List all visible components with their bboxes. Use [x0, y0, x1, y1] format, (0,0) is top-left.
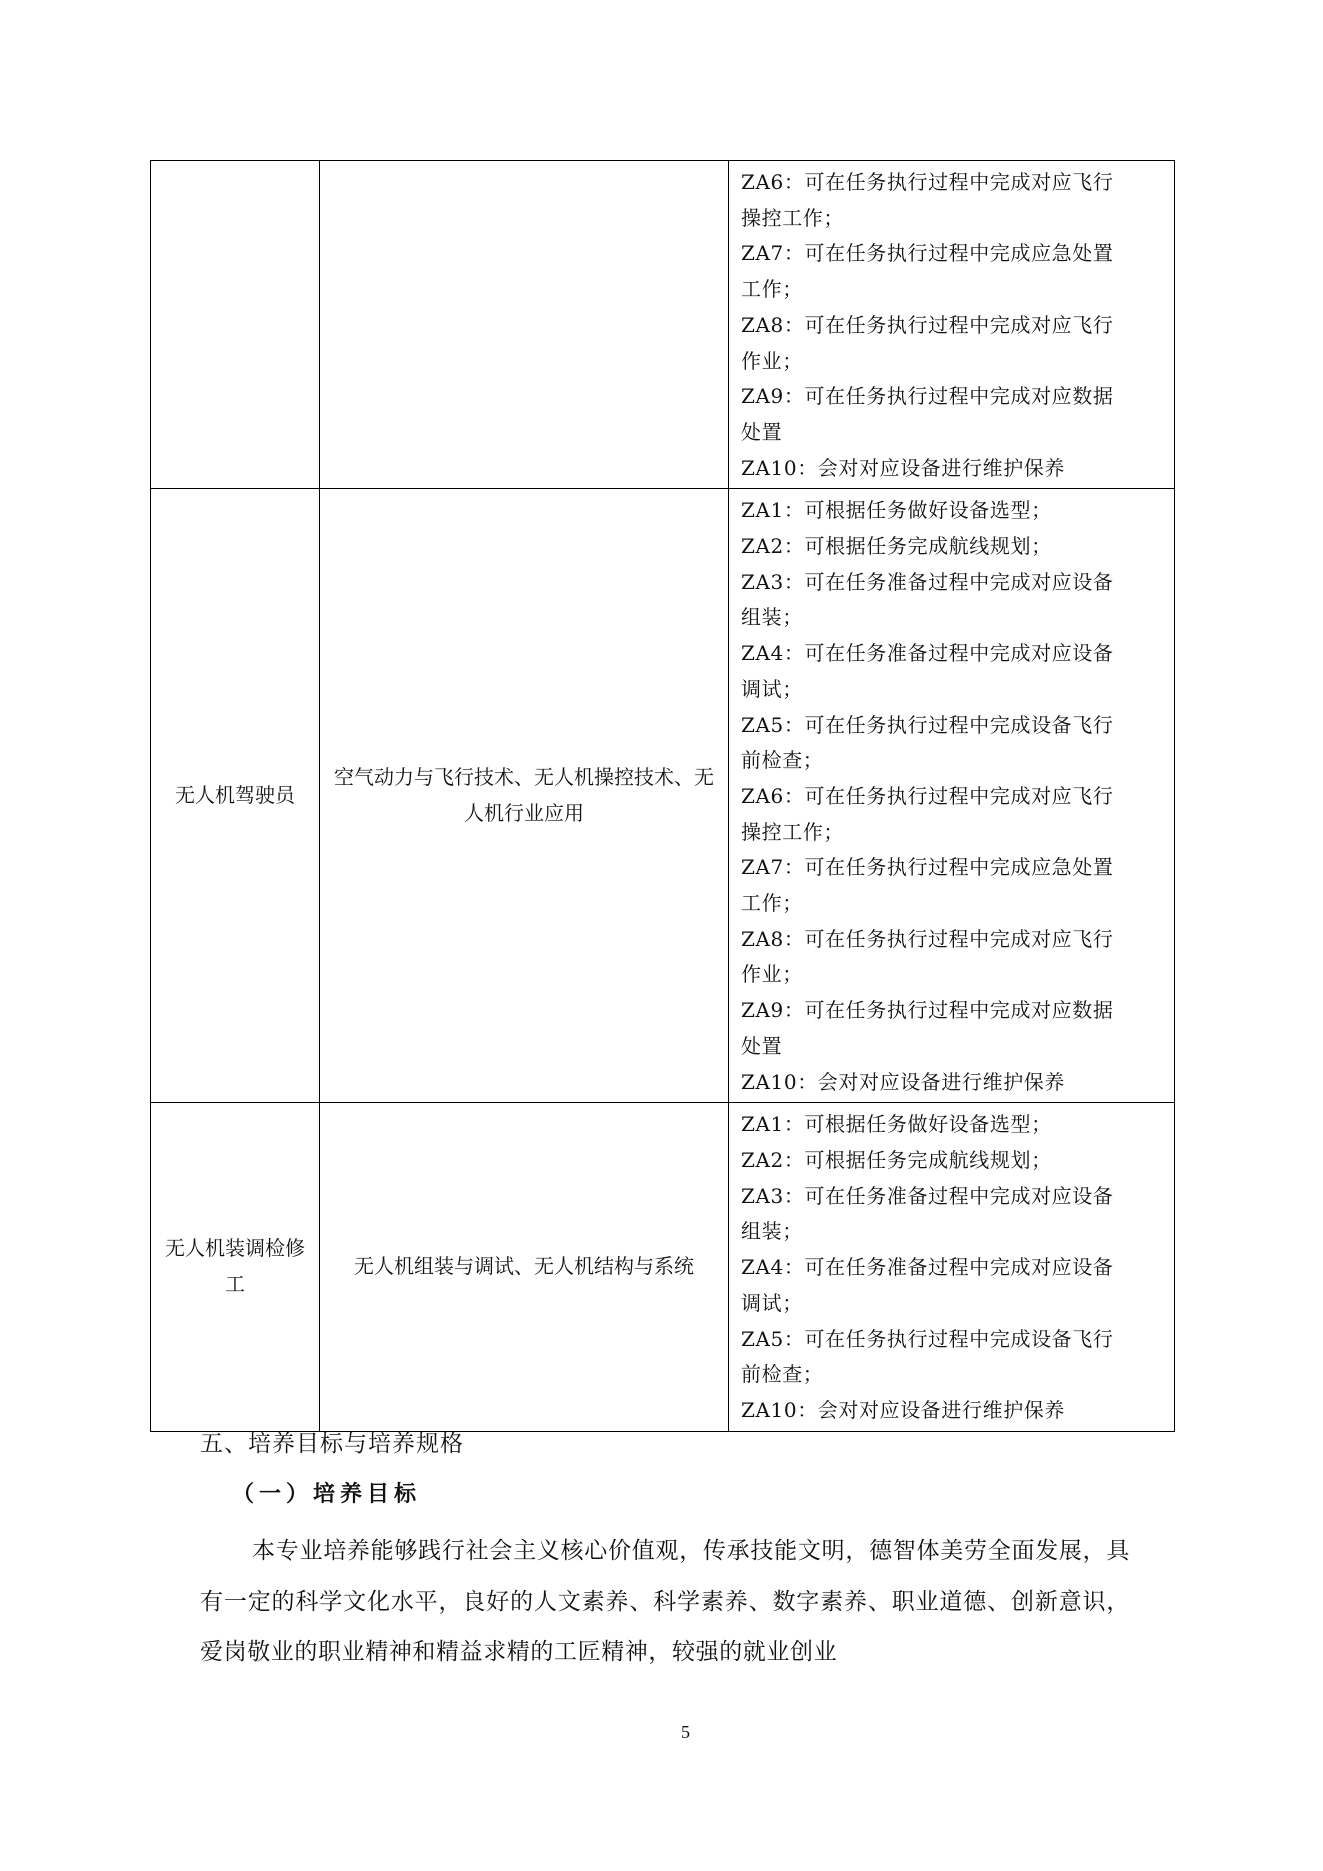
- skill-line: ZA6：可在任务执行过程中完成对应飞行: [741, 779, 1164, 815]
- skill-line: 组装；: [741, 1214, 1164, 1250]
- skill-line: ZA3：可在任务准备过程中完成对应设备: [741, 1179, 1164, 1215]
- skill-line: 前检查；: [741, 743, 1164, 779]
- skill-line: ZA4：可在任务准备过程中完成对应设备: [741, 1250, 1164, 1286]
- skill-line: ZA7：可在任务执行过程中完成应急处置: [741, 236, 1164, 272]
- course-cell: [320, 161, 729, 489]
- skill-cell: ZA6：可在任务执行过程中完成对应飞行 操控工作； ZA7：可在任务执行过程中完…: [729, 161, 1175, 489]
- skill-line: ZA10：会对对应设备进行维护保养: [741, 451, 1164, 487]
- skill-line: 工作；: [741, 886, 1164, 922]
- skill-line: 作业；: [741, 344, 1164, 380]
- skill-line: 作业；: [741, 957, 1164, 993]
- page-number: 5: [0, 1722, 1323, 1743]
- skill-cell: ZA1：可根据任务做好设备选型； ZA2：可根据任务完成航线规划； ZA3：可在…: [729, 489, 1175, 1103]
- skill-line: ZA4：可在任务准备过程中完成对应设备: [741, 636, 1164, 672]
- body-paragraph: 本专业培养能够践行社会主义核心价值观，传承技能文明，德智体美劳全面发展，具有一定…: [200, 1526, 1130, 1678]
- skill-line: ZA8：可在任务执行过程中完成对应飞行: [741, 308, 1164, 344]
- table-row: 无人机驾驶员 空气动力与飞行技术、无人机操控技术、无人机行业应用 ZA1：可根据…: [151, 489, 1175, 1103]
- course-cell: 空气动力与飞行技术、无人机操控技术、无人机行业应用: [320, 489, 729, 1103]
- skill-line: 工作；: [741, 272, 1164, 308]
- job-title: 无人机驾驶员: [151, 778, 319, 814]
- skill-line: 组装；: [741, 600, 1164, 636]
- skill-line: 处置: [741, 415, 1164, 451]
- skill-line: 调试；: [741, 1286, 1164, 1322]
- occupation-skills-table: ZA6：可在任务执行过程中完成对应飞行 操控工作； ZA7：可在任务执行过程中完…: [150, 160, 1175, 1432]
- skill-line: ZA6：可在任务执行过程中完成对应飞行: [741, 165, 1164, 201]
- skill-line: ZA1：可根据任务做好设备选型；: [741, 493, 1164, 529]
- job-cell: [151, 161, 320, 489]
- skill-line: ZA8：可在任务执行过程中完成对应飞行: [741, 922, 1164, 958]
- job-cell: 无人机驾驶员: [151, 489, 320, 1103]
- skill-line: ZA5：可在任务执行过程中完成设备飞行: [741, 708, 1164, 744]
- skill-line: ZA9：可在任务执行过程中完成对应数据: [741, 379, 1164, 415]
- subsection-heading: （一）培养目标: [232, 1474, 421, 1514]
- table-row: 无人机装调检修工 无人机组装与调试、无人机结构与系统 ZA1：可根据任务做好设备…: [151, 1103, 1175, 1431]
- skill-line: ZA1：可根据任务做好设备选型；: [741, 1107, 1164, 1143]
- skill-line: 处置: [741, 1029, 1164, 1065]
- skill-line: 操控工作；: [741, 815, 1164, 851]
- skill-line: 调试；: [741, 672, 1164, 708]
- job-title: 无人机装调检修工: [151, 1231, 319, 1302]
- section-heading: 五、培养目标与培养规格: [200, 1424, 464, 1464]
- skill-line: ZA2：可根据任务完成航线规划；: [741, 1143, 1164, 1179]
- skill-line: 前检查；: [741, 1357, 1164, 1393]
- skill-line: ZA9：可在任务执行过程中完成对应数据: [741, 993, 1164, 1029]
- skill-list: ZA1：可根据任务做好设备选型； ZA2：可根据任务完成航线规划； ZA3：可在…: [729, 489, 1174, 1102]
- skill-line: ZA2：可根据任务完成航线规划；: [741, 529, 1164, 565]
- course-list: 无人机组装与调试、无人机结构与系统: [320, 1249, 728, 1285]
- skill-line: ZA10：会对对应设备进行维护保养: [741, 1393, 1164, 1429]
- course-list: 空气动力与飞行技术、无人机操控技术、无人机行业应用: [320, 760, 728, 831]
- skill-list: ZA1：可根据任务做好设备选型； ZA2：可根据任务完成航线规划； ZA3：可在…: [729, 1103, 1174, 1430]
- course-cell: 无人机组装与调试、无人机结构与系统: [320, 1103, 729, 1431]
- skill-list: ZA6：可在任务执行过程中完成对应飞行 操控工作； ZA7：可在任务执行过程中完…: [729, 161, 1174, 488]
- skill-line: ZA3：可在任务准备过程中完成对应设备: [741, 565, 1164, 601]
- job-cell: 无人机装调检修工: [151, 1103, 320, 1431]
- skill-line: ZA7：可在任务执行过程中完成应急处置: [741, 850, 1164, 886]
- table-row: ZA6：可在任务执行过程中完成对应飞行 操控工作； ZA7：可在任务执行过程中完…: [151, 161, 1175, 489]
- skill-line: ZA10：会对对应设备进行维护保养: [741, 1065, 1164, 1101]
- skill-line: 操控工作；: [741, 201, 1164, 237]
- skill-line: ZA5：可在任务执行过程中完成设备飞行: [741, 1322, 1164, 1358]
- skill-cell: ZA1：可根据任务做好设备选型； ZA2：可根据任务完成航线规划； ZA3：可在…: [729, 1103, 1175, 1431]
